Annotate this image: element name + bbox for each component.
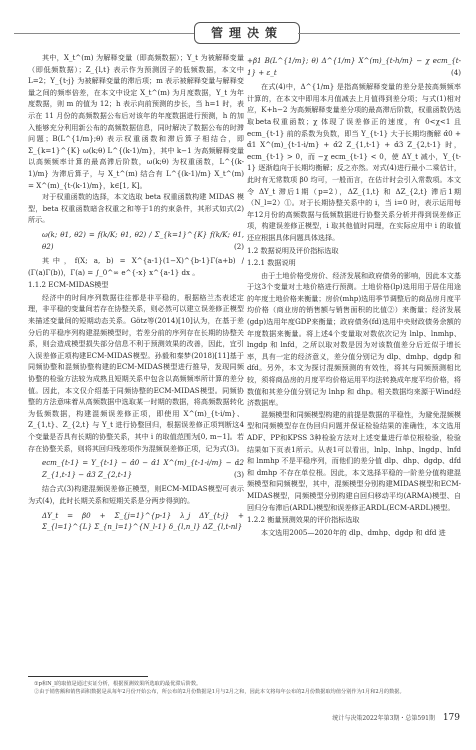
equation-number: (3) (234, 469, 244, 481)
equation-expr: ω(k; θ1, θ2) = f(k/K; θ1, θ2) / Σ_{k=1}^… (42, 230, 244, 251)
paragraph: 结合式(3)构建混频误差修正模型，则ECM-MIDAS模型可表示为式(4)，此时… (28, 483, 244, 506)
equation-expr: ecm_{t-1} = Y_{t-1} − α̂0 − α̂1 X^(m)_{t… (42, 458, 244, 479)
paragraph: 对于权重函数的选择，本文选取 beta 权重函数构建 MIDAS 模型，beta… (28, 191, 244, 226)
right-column: +β1 B(L^{1/m}; θ) Δ^{1/m} X^(m)_{t-h/m} … (247, 52, 461, 538)
equation-number: (2) (234, 241, 244, 253)
footnote-2: ②由于销售额和销售面积数据是从每年2月份开始公布，所公布的2月份数据是1月与2月… (28, 688, 460, 696)
page-footer: 统计与决策2022年第3期・总第591期 179 (300, 713, 460, 723)
paragraph: 在式(4)中，Δ^{1/m} 是指高频解释变量的差分是按高频频率计算的，在本文中… (247, 81, 461, 243)
header-rule-right (298, 33, 460, 34)
subsection-heading: 1.2.2 衡量预测效果的评价指标选取 (247, 514, 461, 526)
section-heading: 1.2 数据说明及评价指标选取 (247, 245, 461, 257)
section-title: 管理决策 (194, 22, 300, 44)
paragraph: 经济中的时间序列数据往往都是非平稳的，根据格兰杰表述定理，非平稳的变量间若存在协… (28, 292, 244, 454)
subsection-heading: 1.2.1 数据说明 (247, 257, 461, 269)
page-number: 179 (443, 713, 460, 723)
equation-3: ecm_{t-1} = Y_{t-1} − α̂0 − α̂1 X^(m)_{t… (42, 457, 244, 480)
journal-citation: 统计与决策2022年第3期・总第591期 (332, 715, 435, 722)
paragraph: 其中，f(X; a, b) = X^{a-1}(1−X)^{b-1}Γ(a+b)… (28, 255, 244, 278)
equation-number: (4) (451, 67, 461, 79)
paragraph: 由于土地价格受房价、经济发展和政府债务的影响，因此本文基于这3个变量对土地价格进… (247, 270, 461, 409)
section-heading: 1.1.2 ECM-MIDAS模型 (28, 279, 244, 291)
paragraph: 其中，X_t^(m) 为解释变量（即高频数据）；Y_t 为被解释变量（即低频数据… (28, 52, 244, 191)
left-column: 其中，X_t^(m) 为解释变量（即高频数据）；Y_t 为被解释变量（即低频数据… (28, 52, 244, 536)
header-rule-left (14, 33, 194, 34)
equation-2: ω(k; θ1, θ2) = f(k/K; θ1, θ2) / Σ_{k=1}^… (42, 229, 244, 252)
equation-4-part1: ΔY_t = β0 + Σ_{j=1}^{p-1} λ_j ΔY_{t-j} +… (42, 510, 244, 533)
equation-expr: ΔY_t = β0 + Σ_{j=1}^{p-1} λ_j ΔY_{t-j} +… (42, 511, 244, 532)
journal-section-header: 管理决策 (14, 22, 460, 44)
equation-4-part2: +β1 B(L^{1/m}; θ) Δ^{1/m} X^(m)_{t-h/m} … (247, 55, 461, 78)
equation-expr: +β1 B(L^{1/m}; θ) Δ^{1/m} X^(m)_{t-h/m} … (247, 56, 461, 77)
paragraph: 本文选用2005—2020年的 dlp、dmhp、dgdp 和 dfd 进 (247, 527, 461, 539)
footnote-1: ①p和N_l的取值是通过实证分析，根据预测效果所选取的最优滞后阶数。 (28, 680, 460, 688)
paragraph: 混频模型和同频模型构建的前提是数据的平稳性，为避免混频模型和同频模型存在伪回归问… (247, 409, 461, 513)
footnotes: ①p和N_l的取值是通过实证分析，根据预测效果所选取的最优滞后阶数。 ②由于销售… (28, 680, 460, 696)
footnote-divider (28, 676, 148, 677)
